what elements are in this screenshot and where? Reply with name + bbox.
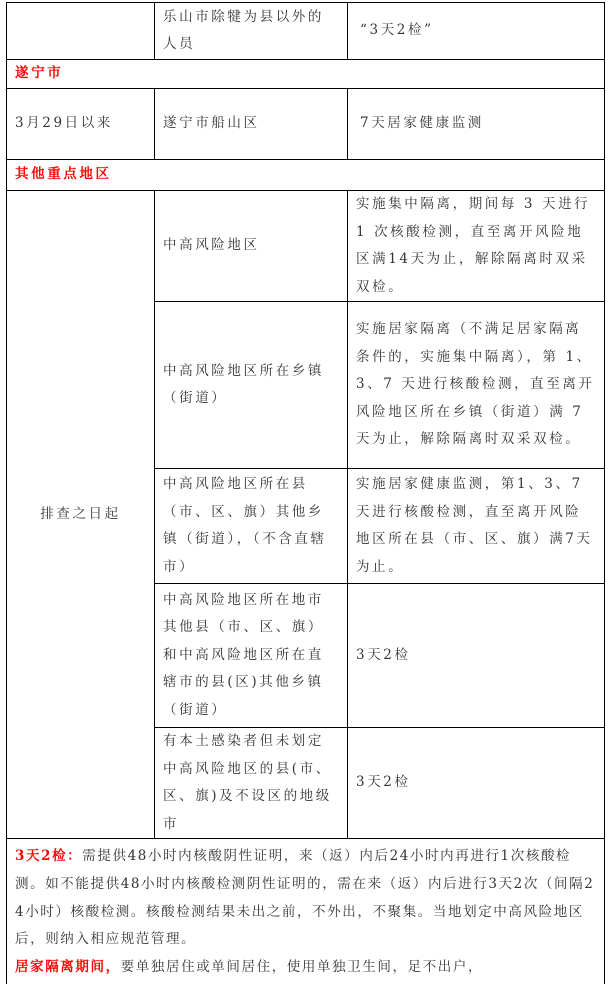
note-text: 需提供48小时内核酸阴性证明，来（返）内后24小时内再进行1次核酸检测。如不能提… xyxy=(15,848,594,947)
notes-cell: 3天2检：需提供48小时内核酸阴性证明，来（返）内后24小时内再进行1次核酸检测… xyxy=(7,839,605,984)
section-header-row: 遂宁市 xyxy=(7,60,605,89)
note-text: 要单独居住或单间居住，使用单独卫生间，足不出户， xyxy=(121,959,483,975)
date-cell: 3月29日以来 xyxy=(7,89,155,160)
area-cell: 乐山市除犍为县以外的人员 xyxy=(155,3,348,60)
section-title-suining: 遂宁市 xyxy=(7,60,605,89)
measure-cell: 3天2检 xyxy=(348,728,605,839)
date-cell xyxy=(7,3,155,60)
note-home-quarantine: 居家隔离期间，要单独居住或单间居住，使用单独卫生间，足不出户， xyxy=(15,954,596,982)
section-header-row: 其他重点地区 xyxy=(7,160,605,191)
measure-cell: 7天居家健康监测 xyxy=(348,89,605,160)
notes-row: 3天2检：需提供48小时内核酸阴性证明，来（返）内后24小时内再进行1次核酸检测… xyxy=(7,839,605,984)
table-row: 乐山市除犍为县以外的人员 “3天2检” xyxy=(7,3,605,60)
area-cell: 中高风险地区所在地市其他县（市、区、旗） 和中高风险地区所在直辖市的县(区)其他… xyxy=(155,584,348,728)
measure-cell: 实施居家健康监测，第1、3、7天进行核酸检测，直至离开风险地区所在县（市、区、旗… xyxy=(348,469,605,584)
area-cell: 中高风险地区所在县（市、区、旗）其他乡镇（街道），（不含直辖市） xyxy=(155,469,348,584)
area-cell: 中高风险地区所在乡镇（街道） xyxy=(155,302,348,469)
document-page: 乐山市除犍为县以外的人员 “3天2检” 遂宁市 3月29日以来 遂宁市船山区 7… xyxy=(6,2,604,980)
policy-table: 乐山市除犍为县以外的人员 “3天2检” 遂宁市 3月29日以来 遂宁市船山区 7… xyxy=(6,2,605,984)
note-label: 居家隔离期间， xyxy=(15,959,121,975)
measure-cell: 实施居家隔离（不满足居家隔离条件的，实施集中隔离），第 1、3、7 天进行核酸检… xyxy=(348,302,605,469)
note-3day2test: 3天2检：需提供48小时内核酸阴性证明，来（返）内后24小时内再进行1次核酸检测… xyxy=(15,848,594,947)
measure-cell: 实施集中隔离，期间每 3 天进行 1 次核酸检测，直至离开风险地区满14天为止，… xyxy=(348,191,605,302)
measure-cell: 3天2检 xyxy=(348,584,605,728)
area-cell: 遂宁市船山区 xyxy=(155,89,348,160)
table-row: 3月29日以来 遂宁市船山区 7天居家健康监测 xyxy=(7,89,605,160)
table-row: 排查之日起 中高风险地区 实施集中隔离，期间每 3 天进行 1 次核酸检测，直至… xyxy=(7,191,605,302)
measure-cell: “3天2检” xyxy=(348,3,605,60)
note-label: 3天2检： xyxy=(15,848,82,864)
area-cell: 中高风险地区 xyxy=(155,191,348,302)
area-cell: 有本土感染者但未划定中高风险地区的县(市、区、旗)及不设区的地级市 xyxy=(155,728,348,839)
section-title-other-areas: 其他重点地区 xyxy=(7,160,605,191)
date-cell-merged: 排查之日起 xyxy=(7,191,155,839)
